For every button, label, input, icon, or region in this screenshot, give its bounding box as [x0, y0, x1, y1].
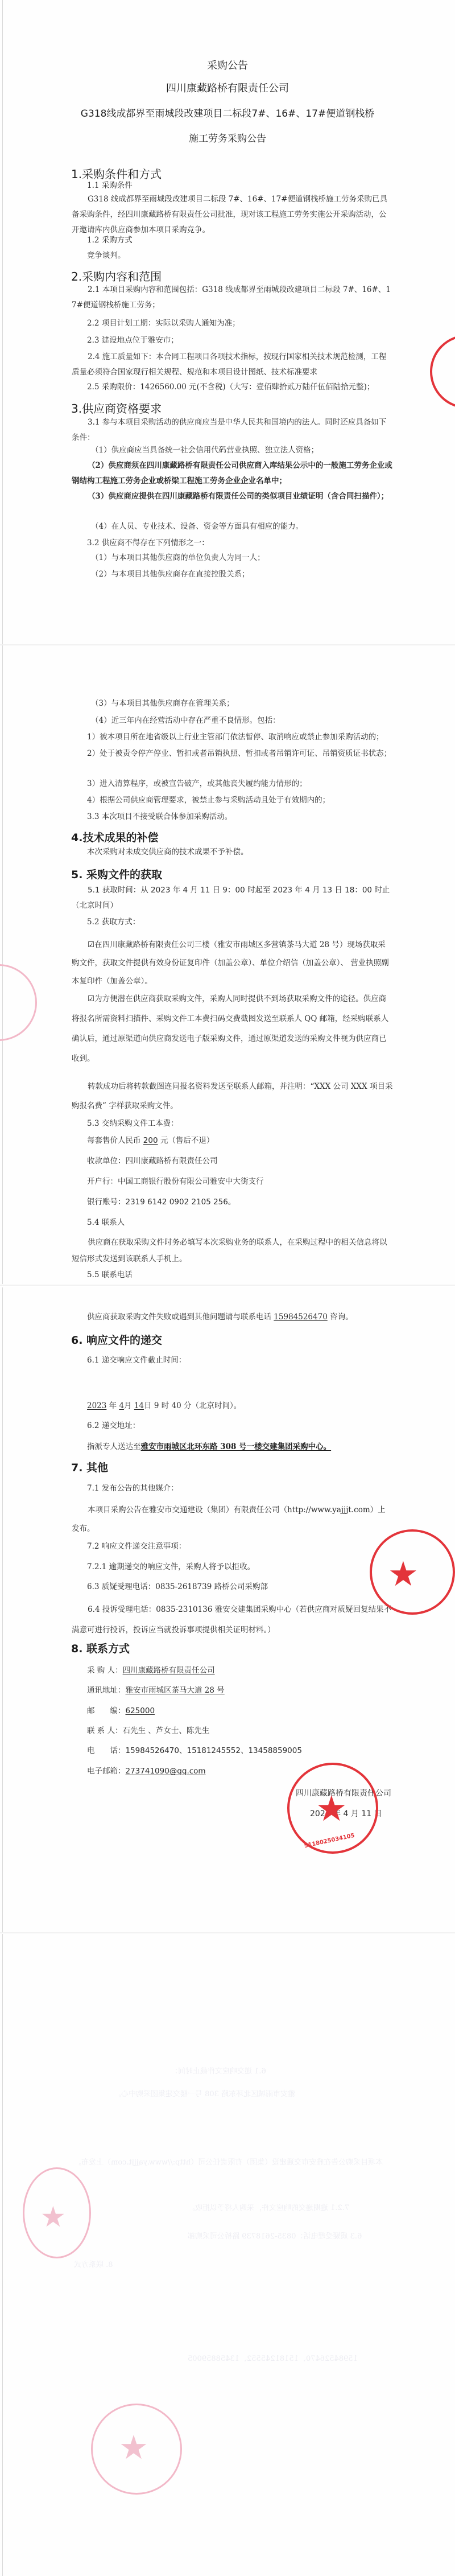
s5-5-line: 供应商获取采购文件失败或遇到其他问题请与联系电话 15984526470 咨询。 — [87, 1312, 353, 1322]
s2-3: 2.3 建设地点位于雅安市； — [87, 336, 179, 345]
section3-heading: 3.供应商资格要求 — [71, 400, 162, 416]
address-label: 通讯地址： — [87, 1686, 126, 1695]
s6-2-prefix: 指派专人送达至 — [87, 1442, 141, 1451]
s5-2-option-remote: ☑为方便潜在供应商获取采购文件，采购人同时提供不到场获取采购文件的途径。供应商将… — [72, 989, 393, 1069]
contact-label: 联 系 人： — [87, 1726, 123, 1735]
s3-3: 3.3 本次项目不接受联合体参加采购活动。 — [87, 812, 232, 821]
s6-2-label: 6.2 递交地址： — [87, 1421, 140, 1430]
s2-1: 2.1 本项目采购内容和范围包括：G318 线成都界至雨城段改建项目二标段 7#… — [72, 282, 393, 313]
show-through-text: 15984526470、15181245552、13458859005 — [188, 2352, 358, 2363]
phone-label: 电 话： — [87, 1746, 126, 1755]
s2-4: 2.4 施工质量如下：本合同工程项目各项技术指标，按现行国家相关技术规范检测，工… — [72, 349, 393, 380]
page-4-blank: 6.1 递交响应文件截止时间： 雅安市雨城区北环东路 308 号一楼交建集团采购… — [0, 1934, 455, 2576]
section5-heading: 5. 采购文件的获取 — [71, 866, 162, 882]
show-through-text: 6.1 递交响应文件截止时间： — [171, 2065, 266, 2076]
s3-2-sub-2: 2）处于被责令停产停业、暂扣或者吊销执照、暂扣或者吊销许可证、吊销资质证书状态； — [72, 746, 393, 762]
s1-1-label: 1.1 采购条件 — [87, 181, 133, 190]
deadline-year: 2023 — [87, 1401, 106, 1410]
s1-1-text: G318 线成都界至雨城段改建项目二标段 7#、16#、17#便道钢栈桥施工劳务… — [72, 192, 393, 238]
payee: 收款单位：四川康藏路桥有限责任公司 — [87, 1157, 218, 1166]
s6-2-address: 雅安市雨城区北环东路 308 号一楼交建集团采购中心。 — [141, 1442, 332, 1451]
section4-heading: 4.技术成果的补偿 — [71, 829, 158, 845]
company-name: 四川康藏路桥有限责任公司 — [0, 84, 455, 93]
s2-2: 2.2 项目计划工期：实际以采购人通知为准； — [87, 319, 240, 328]
account-label: 银行账号： — [87, 1198, 126, 1207]
s3-2-sub-4: 4）根据公司供应商管理要求，被禁止参与采购活动且处于有效期内的； — [87, 796, 330, 805]
section1-heading: 1.采购条件和方式 — [71, 165, 162, 182]
seal-show-through: ★ — [23, 2167, 91, 2258]
phone-value: 15984526470、15181245552、13458859005 — [126, 1746, 302, 1755]
s7-2-label: 7.2 响应文件递交注意事项： — [87, 1542, 186, 1551]
seal-code: 5118025034105 — [304, 1833, 355, 1850]
page-2: （3）与本项目其他供应商存在管理关系； （4）近三年内在经营活动中存在严重不良情… — [0, 645, 455, 1284]
s5-2-label: 5.2 获取方式： — [87, 917, 140, 927]
seal-star-icon: ★ — [119, 2428, 148, 2467]
s5-4-label: 5.4 联系人 — [87, 1218, 125, 1227]
fee-line: 每套售价人民币 200 元（售后不退） — [87, 1136, 214, 1145]
s5-3-label: 5.3 交纳采购文件工本费： — [87, 1119, 179, 1128]
page-3: 供应商获取采购文件失败或遇到其他问题请与联系电话 15984526470 咨询。… — [0, 1287, 455, 1933]
s3-2-sub-3: 3）进入清算程序，或被宣告破产，或其他丧失履约能力情形的； — [87, 779, 307, 788]
show-through-text: 8. 联系方式 — [74, 2258, 113, 2269]
s3-1: 3.1 参与本项目采购活动的供应商应当是中华人民共和国境内的法人。同时还应具备如… — [72, 415, 393, 446]
s3-2: 3.2 供应商不得存在下列情形之一： — [87, 538, 209, 548]
s7-1-text: 本项目采购公告在雅安市交通建设（集团）有限责任公司（http://www.yaj… — [72, 1501, 393, 1538]
fee-amount: 200 — [143, 1136, 158, 1145]
s6-3: 6.3 质疑受理电话：0835-2618739 路桥公司采购部 — [87, 1582, 268, 1591]
show-through-text: 本项目采购公告在雅安市交通建设（集团）有限责任公司（http://www.yaj… — [74, 2156, 383, 2167]
s3-2-item-1: （1）与本项目其他供应商的单位负责人为同一人； — [91, 553, 265, 562]
postcode-label: 邮 编： — [87, 1706, 126, 1715]
postcode-row: 邮 编：625000 — [87, 1706, 155, 1715]
account-number: 2319 6142 0902 2105 256。 — [126, 1198, 236, 1207]
seal-star-icon: ★ — [316, 1788, 348, 1829]
contact-value: 石先生 、芦女士、陈先生 — [123, 1726, 210, 1735]
project-title-line1: G318线成都界至雨城段改建项目二标段7#、16#、17#便道钢栈桥 — [0, 109, 455, 118]
s5-5-suffix: 咨询。 — [330, 1312, 353, 1322]
fee-suffix: 元（售后不退） — [160, 1136, 214, 1145]
s2-5: 2.5 采购限价：1426560.00 元(不含税)（大写：壹佰肆拾贰万陆仟伍佰… — [87, 382, 374, 392]
s5-1: 5.1 获取时间：从 2023 年 4 月 11 日 9：00 时起至 2023… — [72, 883, 393, 913]
section7-heading: 7. 其他 — [71, 1459, 108, 1475]
section2-heading: 2.采购内容和范围 — [71, 268, 162, 284]
postcode-value: 625000 — [126, 1706, 155, 1715]
seal-star-icon: ★ — [388, 1554, 419, 1594]
s3-2-item-4: （4）近三年内在经营活动中存在严重不良情形。包括： — [91, 716, 280, 725]
s1-2-label: 1.2 采购方式 — [87, 236, 133, 245]
section8-heading: 8. 联系方式 — [71, 1640, 130, 1656]
deadline-line: 2023 年 4月 14日 9 时 40 分（北京时间）。 — [87, 1401, 241, 1410]
s6-4: 6.4 投诉受理电话：0835-2310136 雅安交建集团采购中心（若供应商对… — [72, 1599, 393, 1640]
page-1: 采购公告 四川康藏路桥有限责任公司 G318线成都界至雨城段改建项目二标段7#、… — [0, 0, 455, 644]
company-seal-partial: 四川康藏路桥有限责任公司 — [430, 335, 455, 409]
email-row: 电子邮箱：273741090@qq.com — [87, 1767, 206, 1776]
show-through-text: 7.2.1 逾期递交的响应文件，采购人将予以拒收。 — [188, 2201, 349, 2212]
phone-row: 电 话：15984526470、15181245552、13458859005 — [87, 1746, 302, 1755]
email-label: 电子邮箱： — [87, 1767, 126, 1776]
seal-show-through: ★ — [91, 2404, 182, 2495]
page-divider — [0, 644, 455, 645]
fee-prefix: 每套售价人民币 — [87, 1136, 141, 1145]
s3-1-item-3: （3）供应商应提供在四川康藏路桥有限责任公司的类似项目业绩证明（含合同扫描件）； — [72, 488, 393, 505]
s1-2-text: 竞争谈判。 — [87, 251, 126, 260]
contact-row: 联 系 人：石先生 、芦女士、陈先生 — [87, 1726, 209, 1735]
email-value[interactable]: 273741090@qq.com — [126, 1767, 206, 1776]
company-seal-right: ★ — [370, 1529, 455, 1615]
purchaser-row: 采 购 人：四川康藏路桥有限责任公司 — [87, 1666, 215, 1675]
purchaser-label: 采 购 人： — [87, 1666, 123, 1675]
s6-1-label: 6.1 递交响应文件截止时间： — [87, 1356, 186, 1365]
s5-2-note: 转款成功后将转款截图连同报名资料发送至联系人邮箱，并注明：“XXX 公司 XXX… — [72, 1077, 393, 1116]
deadline-month: 4 — [119, 1401, 124, 1410]
s3-1-item-4: （4）在人员、专业技术、设备、资金等方面具有相应的能力。 — [91, 522, 303, 531]
header-title: 采购公告 — [0, 61, 455, 71]
page-divider — [0, 1932, 455, 1933]
company-seal-signature: ★ 5118025034105 — [287, 1763, 378, 1854]
address-row: 通讯地址：雅安市雨城区茶马大道 28 号 — [87, 1686, 225, 1695]
page-divider — [0, 1285, 455, 1286]
company-seal-faint-left — [0, 964, 37, 1041]
seal-star-icon: ★ — [40, 2200, 66, 2233]
address-value: 雅安市雨城区茶马大道 28 号 — [126, 1686, 225, 1695]
s3-2-sub-1: 1）被本项目所在地省级以上行业主管部门依法暂停、取消响应或禁止参加采购活动的； — [87, 733, 384, 742]
s3-2-item-2: （2）与本项目其他供应商存在直接控股关系； — [91, 570, 250, 579]
s5-5-label: 5.5 联系电话 — [87, 1270, 133, 1279]
s5-5-prefix: 供应商获取采购文件失败或遇到其他问题请与联系电话 — [87, 1312, 271, 1322]
s3-1-item-2: （2）供应商须在四川康藏路桥有限责任公司供应商入库结果公示中的一般施工劳务企业或… — [72, 458, 393, 489]
purchaser-value: 四川康藏路桥有限责任公司 — [123, 1666, 215, 1675]
deadline-day: 14 — [134, 1401, 144, 1410]
s6-2-line: 指派专人送达至雅安市雨城区北环东路 308 号一楼交建集团采购中心。 — [87, 1442, 331, 1451]
s5-5-phone[interactable]: 15984526470 — [274, 1312, 327, 1322]
project-title-line2: 施工劳务采购公告 — [0, 134, 455, 143]
s3-1-item-1: （1）供应商应当具备统一社会信用代码营业执照、独立法人资格； — [91, 446, 318, 455]
bank: 开户行：中国工商银行股份有限公司雅安中大街支行 — [87, 1177, 264, 1186]
section6-heading: 6. 响应文件的递交 — [71, 1332, 162, 1347]
show-through-text: 6.3 质疑受理电话：0835-2618739 路桥公司采购部 — [188, 2230, 362, 2241]
s7-1-label: 7.1 发布公告的其他媒介： — [87, 1484, 179, 1493]
show-through-text: 雅安市雨城区北环东路 308 号一楼交建集团采购中心。 — [114, 2088, 295, 2098]
s3-2-item-3: （3）与本项目其他供应商存在管理关系； — [91, 699, 234, 708]
section4-text: 本次采购对未成交供应商的技术成果不予补偿。 — [87, 847, 249, 857]
s5-4-text: 供应商在获取采购文件时务必填写本次采购业务的联系人，在采购过程中的相关信息将以短… — [72, 1234, 393, 1268]
s5-2-option-onsite: ☑在四川康藏路桥有限责任公司三楼（雅安市雨城区多营镇茶马大道 28 号）现场获取… — [72, 936, 393, 990]
s7-2-1: 7.2.1 逾期递交的响应文件，采购人将予以拒收。 — [87, 1562, 255, 1571]
bank-account-line: 银行账号：2319 6142 0902 2105 256。 — [87, 1198, 235, 1207]
deadline-rest: 日 9 时 40 分（北京时间）。 — [144, 1401, 241, 1410]
